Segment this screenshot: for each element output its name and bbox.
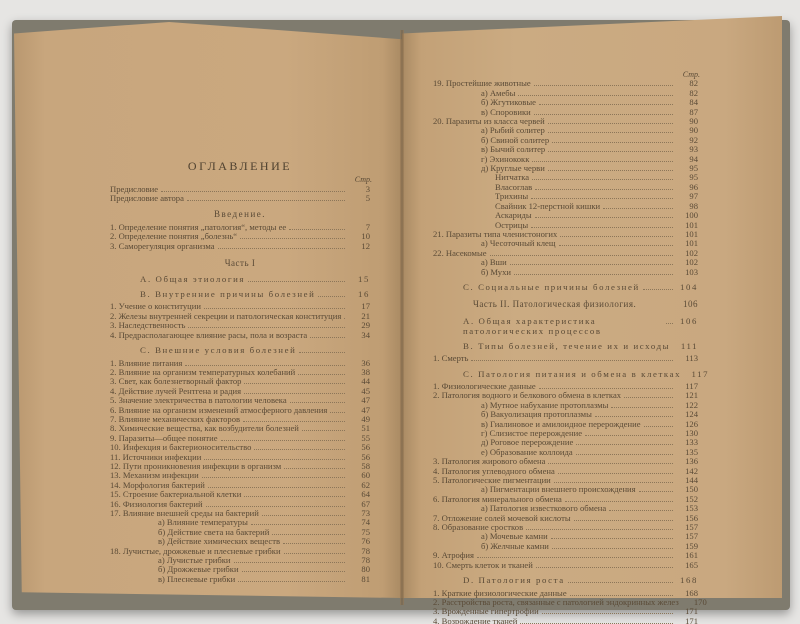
toc-entry: 1. Смерть113 (433, 354, 698, 363)
leader-dots (244, 387, 345, 394)
leader-dots (318, 290, 345, 297)
leader-dots (251, 518, 345, 525)
continued-list: 19. Простейшие животные82а) Амебы82б) Жг… (433, 79, 698, 277)
leader-dots (240, 232, 345, 239)
leader-dots (570, 589, 673, 596)
toc-entry: а) Рыбий солитер90 (433, 126, 698, 135)
leader-dots (299, 346, 345, 353)
toc-section-d: D. Патология роста 168 (433, 576, 698, 585)
leader-dots (477, 551, 673, 558)
toc-entry: 20. Паразиты из класса червей90 (433, 117, 698, 126)
section-c-list: 1. Влияние питания362. Влияние на органи… (110, 359, 370, 585)
part1-heading: Часть I (110, 259, 370, 268)
leader-dots (639, 485, 673, 492)
leader-dots (248, 275, 345, 282)
leader-dots (283, 537, 345, 544)
leader-dots (534, 79, 673, 86)
intro-list: 1. Определение понятия „патология“, мето… (110, 223, 370, 251)
leader-dots (204, 302, 345, 309)
toc-section-c-social: С. Социальные причины болезней 104 (433, 283, 698, 292)
leader-dots (576, 438, 673, 445)
leader-dots (510, 258, 673, 265)
leader-dots (218, 242, 345, 249)
toc-title: ОГЛАВЛЕНИЕ (110, 162, 370, 171)
leader-dots (471, 354, 673, 361)
toc-entry: в) Бычий солитер93 (433, 145, 698, 154)
toc-entry-label: 4. Возрождение тканей (433, 617, 517, 624)
leader-dots (518, 89, 673, 96)
leader-dots (548, 145, 673, 152)
leader-dots (298, 368, 345, 375)
leader-dots (535, 183, 673, 190)
leader-dots (565, 495, 673, 502)
intro-heading: Введение. (110, 210, 370, 219)
leader-dots (568, 576, 673, 583)
toc-section-a: А. Общая характеристика патологических п… (433, 316, 698, 336)
leader-dots (242, 565, 345, 572)
front-matter-list: Предисловие3Предисловие автора5 (110, 185, 370, 204)
leader-dots (548, 117, 673, 124)
leader-dots (548, 164, 673, 171)
leader-dots (609, 504, 673, 511)
leader-dots (539, 382, 673, 389)
toc-entry: Свайник 12-перстной кишки98 (433, 202, 698, 211)
toc-section-b: В. Типы болезней, течение их и исходы 11… (433, 342, 698, 351)
leader-dots (536, 561, 673, 568)
toc-entry-label: а) Чесоточный клещ (481, 239, 556, 248)
leader-dots (560, 230, 673, 237)
toc-section-b: В. Внутренние причины болезней 16 (110, 290, 370, 299)
toc-entry: 10. Смерть клеток и тканей165 (433, 561, 698, 570)
toc-entry-label: 10. Смерть клеток и тканей (433, 561, 533, 570)
leader-dots (202, 471, 345, 478)
toc-entry: в) Плесневые грибки81 (110, 575, 370, 584)
toc-entry: д) Круглые черви95 (433, 164, 698, 173)
toc-entry-page: 12 (348, 242, 370, 251)
toc-entry: Нитчатка95 (433, 173, 698, 182)
leader-dots (542, 607, 673, 614)
leader-dots (310, 331, 345, 338)
toc-entry-page: 5 (348, 194, 370, 203)
toc-entry: а) Мочевые камни157 (433, 532, 698, 541)
left-page-content: ОГЛАВЛЕНИЕ Стр. Предисловие3Предисловие … (110, 162, 370, 584)
leader-dots (559, 239, 674, 246)
leader-dots (643, 283, 673, 290)
toc-entry: Аскариды100 (433, 211, 698, 220)
leader-dots (188, 321, 345, 328)
toc-entry-page: 165 (676, 561, 698, 570)
leader-dots (552, 136, 673, 143)
section-d-list: 1. Краткие физиологические данные1682. Р… (433, 589, 698, 624)
toc-entry: б) Жгутиковые84 (433, 98, 698, 107)
leader-dots (284, 462, 345, 469)
toc-entry: Предисловие автора5 (110, 194, 370, 203)
leader-dots (526, 523, 673, 530)
leader-dots (234, 556, 345, 563)
toc-entry: 8. Образование сростков157 (433, 523, 698, 532)
leader-dots (644, 420, 673, 427)
leader-dots (531, 221, 673, 228)
leader-dots (289, 223, 345, 230)
leader-dots (161, 185, 345, 192)
part2-heading: Часть II. Патологическая физиология. 106 (433, 300, 698, 309)
leader-dots (244, 490, 345, 497)
leader-dots (548, 457, 673, 464)
toc-entry-label: 1. Смерть (433, 354, 468, 363)
leader-dots (603, 202, 673, 209)
toc-entry-page: 113 (676, 354, 698, 363)
toc-entry: а) Амебы82 (433, 89, 698, 98)
leader-dots (254, 443, 345, 450)
leader-dots (514, 268, 673, 275)
toc-entry: 3. Саморегуляция организма12 (110, 242, 370, 251)
toc-entry-label: 4. Предрасполагающее влияние расы, пола … (110, 331, 307, 340)
toc-entry: 4. Возрождение тканей171 (433, 617, 698, 624)
leader-dots (532, 173, 673, 180)
leader-dots (624, 391, 673, 398)
leader-dots (532, 155, 673, 162)
leader-dots (262, 509, 345, 516)
toc-entry: б) Свиной солитер92 (433, 136, 698, 145)
leader-dots (330, 406, 345, 413)
leader-dots (552, 542, 673, 549)
toc-entry: б) Мухи103 (433, 268, 698, 277)
toc-entry-label: 22. Насекомые (433, 249, 487, 258)
section-b-list: 1. Смерть113 (433, 354, 698, 363)
toc-entry-page: 81 (348, 575, 370, 584)
leader-dots (585, 429, 673, 436)
leader-dots (520, 617, 673, 624)
leader-dots (221, 434, 345, 441)
leader-dots (666, 317, 673, 324)
toc-entry-label: Предисловие автора (110, 194, 184, 203)
book-spine (400, 30, 404, 605)
leader-dots (302, 424, 345, 431)
leader-dots (558, 467, 673, 474)
toc-entry: 21. Паразиты типа членистоногих101 (433, 230, 698, 239)
toc-entry-label: б) Желчные камни (481, 542, 549, 551)
leader-dots (208, 481, 345, 488)
leader-dots (539, 98, 673, 105)
toc-entry-page: 34 (348, 331, 370, 340)
toc-entry: 4. Предрасполагающее влияние расы, пола … (110, 331, 370, 340)
leader-dots (344, 312, 345, 319)
leader-dots (554, 476, 673, 483)
toc-section-c: С. Внешние условия болезней (110, 346, 370, 355)
leader-dots (574, 514, 673, 521)
leader-dots (531, 192, 673, 199)
toc-entry: 18. Лучистые, дрожжевые и плесневые гриб… (110, 547, 370, 556)
leader-dots (244, 377, 345, 384)
leader-dots (534, 108, 673, 115)
leader-dots (490, 249, 673, 256)
leader-dots (187, 194, 345, 201)
toc-entry: 22. Насекомые102 (433, 249, 698, 258)
leader-dots (611, 401, 673, 408)
toc-entry-label: б) Мухи (481, 268, 511, 277)
leader-dots (272, 528, 345, 535)
toc-entry: г) Эхинококк94 (433, 155, 698, 164)
toc-entry-label: 3. Саморегуляция организма (110, 242, 215, 251)
leader-dots (595, 410, 673, 417)
toc-section-c: С. Патология питания и обмена в клетках … (433, 370, 698, 379)
toc-entry: а) Лучистые грибки78 (110, 556, 370, 565)
leader-dots (284, 547, 345, 554)
right-page-content: Стр. 19. Простейшие животные82а) Амебы82… (433, 70, 698, 624)
leader-dots (548, 126, 673, 133)
toc-entry: Власоглав96 (433, 183, 698, 192)
toc-entry-label: в) Плесневые грибки (158, 575, 235, 584)
toc-entry: б) Дрожжевые грибки80 (110, 565, 370, 574)
leader-dots (551, 532, 673, 539)
leader-dots (204, 453, 345, 460)
leader-dots (243, 415, 345, 422)
leader-dots (206, 500, 345, 507)
toc-entry: а) Вши102 (433, 258, 698, 267)
toc-entry-page: 171 (676, 617, 698, 624)
section-c-list: 1. Физиологические данные1172. Патология… (433, 382, 698, 570)
toc-entry-page: 103 (676, 268, 698, 277)
leader-dots (185, 359, 345, 366)
toc-section-a: А. Общая этиология 15 (110, 275, 370, 284)
leader-dots (238, 575, 345, 582)
toc-entry: 19. Простейшие животные82 (433, 79, 698, 88)
leader-dots (290, 396, 345, 403)
section-b-list: 1. Учение о конституции172. Железы внутр… (110, 302, 370, 340)
leader-dots (576, 448, 673, 455)
leader-dots (535, 211, 673, 218)
